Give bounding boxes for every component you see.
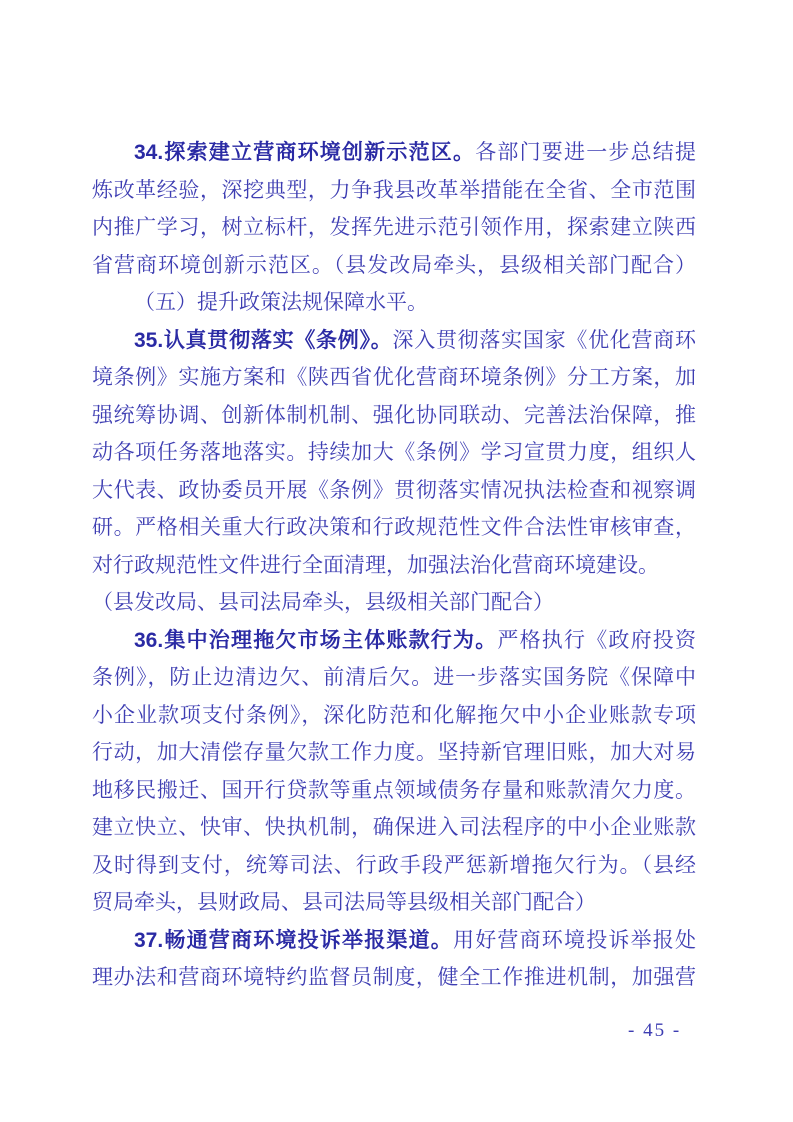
paragraph-37-text: 用好营商环境投诉举报处 bbox=[453, 928, 696, 952]
page-number: - 45 - bbox=[628, 1018, 681, 1044]
paragraph-34-heading: 34.探索建立营商环境创新示范区。 bbox=[134, 141, 475, 164]
paragraph-34-line-2: 炼改革经验，深挖典型，力争我县改革举措能在全省、全市范围 bbox=[92, 172, 696, 210]
paragraph-37-line-1: 37.畅通营商环境投诉举报渠道。用好营商环境投诉举报处 bbox=[92, 922, 696, 960]
paragraph-35-line-7: 对行政规范性文件进行全面清理，加强法治化营商环境建设。 bbox=[92, 547, 696, 585]
paragraph-35-line-2: 境条例》实施方案和《陕西省优化营商环境条例》分工方案，加 bbox=[92, 359, 696, 397]
paragraph-36-line-8: 贸局牵头，县财政局、县司法局等县级相关部门配合） bbox=[92, 884, 696, 922]
paragraph-36-line-1: 36.集中治理拖欠市场主体账款行为。严格执行《政府投资 bbox=[92, 622, 696, 660]
paragraph-35-line-3: 强统筹协调、创新体制机制、强化协同联动、完善法治保障，推 bbox=[92, 397, 696, 435]
paragraph-35-heading: 35.认真贯彻落实《条例》。 bbox=[134, 329, 392, 352]
paragraph-36-line-4: 行动，加大清偿存量欠款工作力度。坚持新官理旧账，加大对易 bbox=[92, 734, 696, 772]
paragraph-34-text: 各部门要进一步总结提 bbox=[475, 140, 696, 164]
document-body: 34.探索建立营商环境创新示范区。各部门要进一步总结提 炼改革经验，深挖典型，力… bbox=[92, 134, 696, 997]
paragraph-36-line-2: 条例》，防止边清边欠、前清后欠。进一步落实国务院《保障中 bbox=[92, 659, 696, 697]
paragraph-34-line-1: 34.探索建立营商环境创新示范区。各部门要进一步总结提 bbox=[92, 134, 696, 172]
paragraph-35-text: 深入贯彻落实国家《优化营商环 bbox=[392, 328, 696, 352]
paragraph-36-text: 严格执行《政府投资 bbox=[497, 628, 696, 652]
paragraph-37-line-2: 理办法和营商环境特约监督员制度，健全工作推进机制，加强营 bbox=[92, 959, 696, 997]
paragraph-35-line-1: 35.认真贯彻落实《条例》。深入贯彻落实国家《优化营商环 bbox=[92, 322, 696, 360]
paragraph-35-line-4: 动各项任务落地落实。持续加大《条例》学习宣贯力度，组织人 bbox=[92, 434, 696, 472]
section-heading-five: （五）提升政策法规保障水平。 bbox=[92, 284, 696, 322]
document-page: 34.探索建立营商环境创新示范区。各部门要进一步总结提 炼改革经验，深挖典型，力… bbox=[0, 0, 793, 1122]
paragraph-34-line-4: 省营商环境创新示范区。（县发改局牵头，县级相关部门配合） bbox=[92, 247, 696, 285]
paragraph-37-heading: 37.畅通营商环境投诉举报渠道。 bbox=[134, 929, 453, 952]
paragraph-36-line-5: 地移民搬迁、国开行贷款等重点领域债务存量和账款清欠力度。 bbox=[92, 772, 696, 810]
paragraph-34-line-3: 内推广学习，树立标杆，发挥先进示范引领作用，探索建立陕西 bbox=[92, 209, 696, 247]
paragraph-35-line-8: （县发改局、县司法局牵头，县级相关部门配合） bbox=[92, 584, 696, 622]
paragraph-36-line-6: 建立快立、快审、快执机制，确保进入司法程序的中小企业账款 bbox=[92, 809, 696, 847]
paragraph-35-line-6: 研。严格相关重大行政决策和行政规范性文件合法性审核审查， bbox=[92, 509, 696, 547]
paragraph-36-heading: 36.集中治理拖欠市场主体账款行为。 bbox=[134, 629, 497, 652]
paragraph-36-line-3: 小企业款项支付条例》，深化防范和化解拖欠中小企业账款专项 bbox=[92, 697, 696, 735]
paragraph-35-line-5: 大代表、政协委员开展《条例》贯彻落实情况执法检查和视察调 bbox=[92, 472, 696, 510]
paragraph-36-line-7: 及时得到支付，统筹司法、行政手段严惩新增拖欠行为。（县经 bbox=[92, 847, 696, 885]
